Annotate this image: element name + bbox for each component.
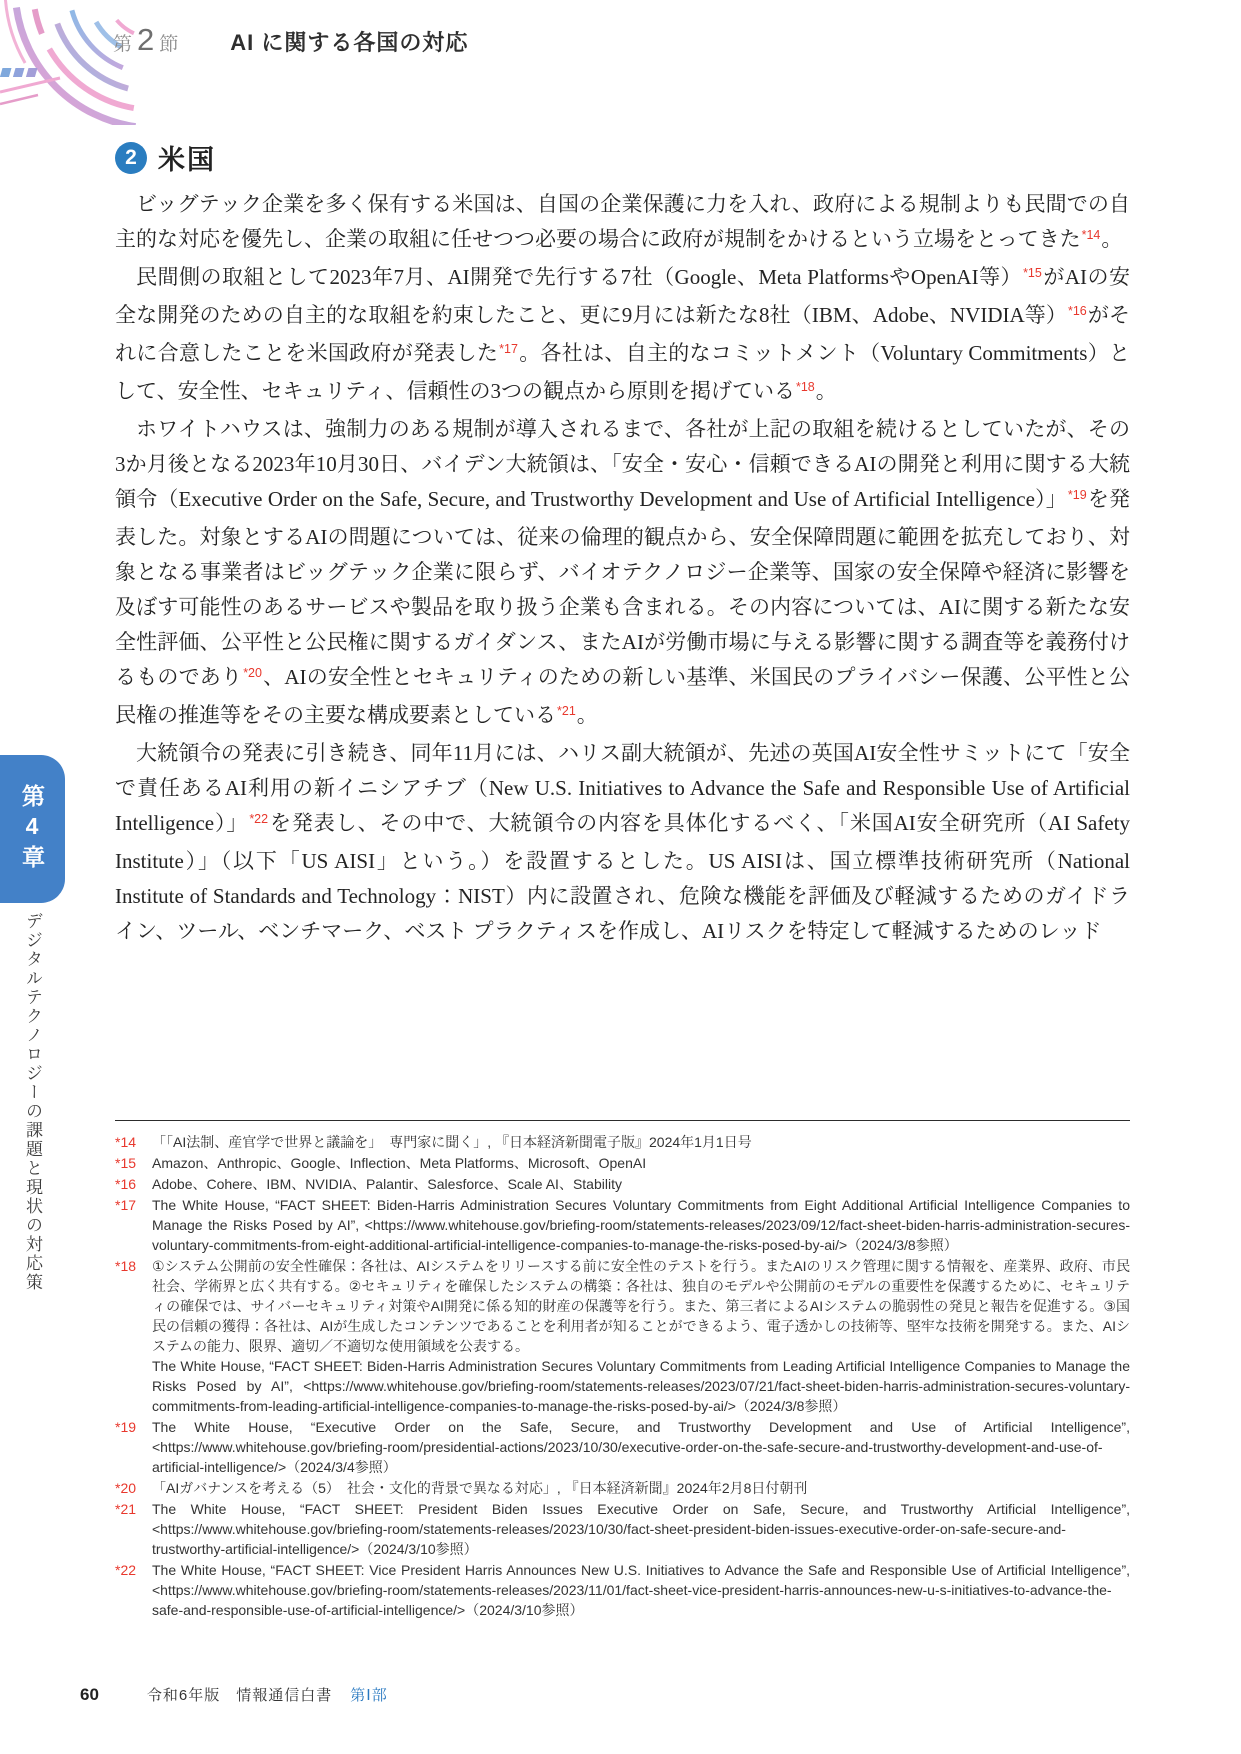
footnote-ref: *18 bbox=[796, 380, 815, 394]
footnote: *22The White House, “FACT SHEET: Vice Pr… bbox=[115, 1560, 1130, 1620]
section-number: 2 bbox=[137, 24, 154, 55]
chapter-tab: 第4章 bbox=[0, 755, 65, 903]
footnote-ref: *14 bbox=[1082, 228, 1101, 242]
heading-number-badge: 2 bbox=[115, 142, 147, 174]
footnote: *19The White House, “Executive Order on … bbox=[115, 1417, 1130, 1477]
footnote-text: 「「AI法制、産官学で世界と議論を」 専門家に聞く」, 『日本経済新聞電子版』2… bbox=[152, 1132, 1130, 1152]
footnote-marker: *20 bbox=[115, 1478, 152, 1498]
footnote-divider bbox=[115, 1120, 1130, 1121]
footnote-marker: *19 bbox=[115, 1417, 152, 1477]
footer-edition: 令和6年版 情報通信白書 bbox=[147, 1684, 332, 1705]
footnote-text: The White House, “FACT SHEET: Vice Presi… bbox=[152, 1560, 1130, 1620]
footnote-ref: *15 bbox=[1023, 266, 1042, 280]
footnote-marker: *18 bbox=[115, 1256, 152, 1416]
footnote-ref: *21 bbox=[557, 704, 576, 718]
footnotes-list: *14「「AI法制、産官学で世界と議論を」 専門家に聞く」, 『日本経済新聞電子… bbox=[115, 1132, 1130, 1621]
paragraph: ビッグテック企業を多く保有する米国は、自国の企業保護に力を入れ、政府による規制よ… bbox=[115, 187, 1130, 260]
decorative-dashes bbox=[0, 68, 38, 77]
footnote: *16Adobe、Cohere、IBM、NVIDIA、Palantir、Sale… bbox=[115, 1174, 1130, 1194]
chapter-vertical-title: デジタルテクノロジーの課題と現状の対応策 bbox=[0, 912, 65, 1312]
body-text: ビッグテック企業を多く保有する米国は、自国の企業保護に力を入れ、政府による規制よ… bbox=[115, 187, 1130, 949]
footnote-marker: *22 bbox=[115, 1560, 152, 1620]
footnote: *20「AIガバナンスを考える（5） 社会・文化的背景で異なる対応」, 『日本経… bbox=[115, 1478, 1130, 1498]
footnote-text: ①システム公開前の安全性確保：各社は、AIシステムをリリースする前に安全性のテス… bbox=[152, 1256, 1130, 1416]
section-title: AI に関する各国の対応 bbox=[230, 26, 468, 57]
footnote: *18①システム公開前の安全性確保：各社は、AIシステムをリリースする前に安全性… bbox=[115, 1256, 1130, 1416]
paragraph: 民間側の取組として2023年7月、AI開発で先行する7社（Google、Meta… bbox=[115, 260, 1130, 412]
footnote-marker: *16 bbox=[115, 1174, 152, 1194]
footnote-marker: *17 bbox=[115, 1195, 152, 1255]
footnote-text: Amazon、Anthropic、Google、Inflection、Meta … bbox=[152, 1153, 1130, 1173]
footnote-text: The White House, “Executive Order on the… bbox=[152, 1417, 1130, 1477]
subsection-heading: 2 米国 bbox=[115, 138, 1130, 177]
footer-part: 第Ⅰ部 bbox=[350, 1684, 387, 1705]
footnote-marker: *21 bbox=[115, 1499, 152, 1559]
footnote-text: Adobe、Cohere、IBM、NVIDIA、Palantir、Salesfo… bbox=[152, 1174, 1130, 1194]
footnote-text: 「AIガバナンスを考える（5） 社会・文化的背景で異なる対応」, 『日本経済新聞… bbox=[152, 1478, 1130, 1498]
footnote: *15Amazon、Anthropic、Google、Inflection、Me… bbox=[115, 1153, 1130, 1173]
footnote-ref: *22 bbox=[249, 812, 268, 826]
footnote: *17The White House, “FACT SHEET: Biden-H… bbox=[115, 1195, 1130, 1255]
footnote-ref: *16 bbox=[1068, 304, 1087, 318]
footnote: *14「「AI法制、産官学で世界と議論を」 専門家に聞く」, 『日本経済新聞電子… bbox=[115, 1132, 1130, 1152]
footnote-ref: *19 bbox=[1068, 488, 1087, 502]
heading-title: 米国 bbox=[158, 138, 216, 177]
document-page: 第 2 節 AI に関する各国の対応 第4章 デジタルテクノロジーの課題と現状の… bbox=[0, 0, 1241, 1754]
paragraph: 大統領令の発表に引き続き、同年11月には、ハリス副大統領が、先述の英国AI安全性… bbox=[115, 736, 1130, 949]
section-label-suffix: 節 bbox=[159, 29, 178, 56]
chapter-tab-label: 第4章 bbox=[16, 784, 49, 874]
main-content: 2 米国 ビッグテック企業を多く保有する米国は、自国の企業保護に力を入れ、政府に… bbox=[115, 138, 1130, 949]
footnote-ref: *20 bbox=[243, 666, 262, 680]
page-footer: 60 令和6年版 情報通信白書 第Ⅰ部 bbox=[80, 1684, 388, 1705]
footnote: *21The White House, “FACT SHEET: Preside… bbox=[115, 1499, 1130, 1559]
footnote-ref: *17 bbox=[499, 342, 518, 356]
footnote-text: The White House, “FACT SHEET: President … bbox=[152, 1499, 1130, 1559]
footnote-marker: *14 bbox=[115, 1132, 152, 1152]
section-label-prefix: 第 bbox=[113, 29, 132, 56]
page-header: 第 2 節 AI に関する各国の対応 bbox=[113, 24, 468, 57]
decorative-arcs-graphic bbox=[0, 0, 175, 125]
paragraph: ホワイトハウスは、強制力のある規制が導入されるまで、各社が上記の取組を続けるとし… bbox=[115, 412, 1130, 736]
footnote-marker: *15 bbox=[115, 1153, 152, 1173]
footnote-text: The White House, “FACT SHEET: Biden-Harr… bbox=[152, 1195, 1130, 1255]
page-number: 60 bbox=[80, 1685, 99, 1705]
